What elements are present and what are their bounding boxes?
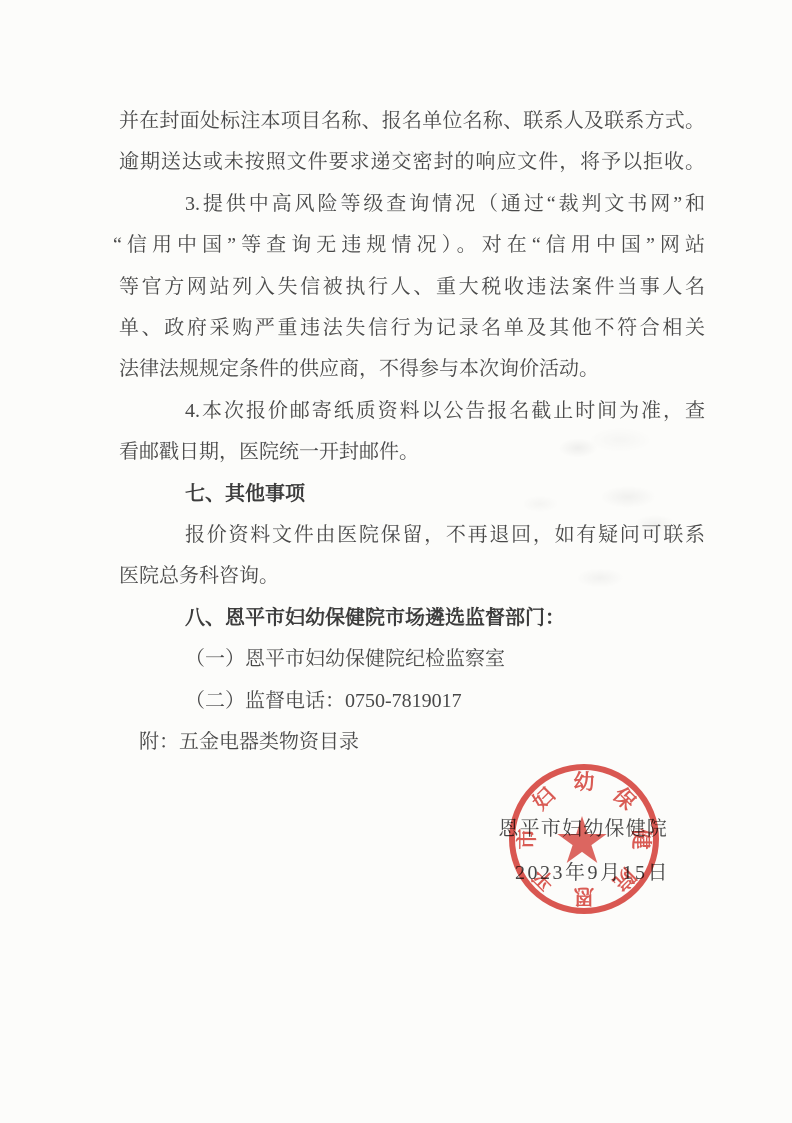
document-line: 等官方网站列入失信被执行人、重大税收违法案件当事人名 — [119, 267, 705, 308]
document-line: 法律法规规定条件的供应商，不得参与本次询价活动。 — [119, 349, 705, 390]
document-line: （二）监督电话：0750-7819017 — [119, 681, 705, 722]
section-heading: 七、其他事项 — [119, 474, 705, 515]
seal-char: 幼 — [574, 770, 595, 794]
document-line: 看邮戳日期，医院统一开封邮件。 — [119, 432, 705, 473]
document-line: 报价资料文件由医院保留，不再退回，如有疑问可联系 — [119, 515, 705, 556]
seal-char: 市 — [515, 829, 539, 850]
document-line: 并在封面处标注本项目名称、报名单位名称、联系人及联系方式。 — [119, 101, 705, 142]
document-line: “信用中国”等查询无违规情况）。对在“信用中国”网站 — [119, 225, 705, 266]
document-line: 3.提供中高风险等级查询情况（通过“裁判文书网”和 — [119, 184, 705, 225]
document-line: 医院总务科咨询。 — [119, 556, 705, 597]
document-line: 4.本次报价邮寄纸质资料以公告报名截止时间为准，查 — [119, 391, 705, 432]
document-line: 单、政府采购严重违法失信行为记录名单及其他不符合相关 — [119, 308, 705, 349]
seal-char: 健 — [629, 828, 653, 850]
section-heading: 八、恩平市妇幼保健院市场遴选监督部门： — [119, 598, 705, 639]
official-seal: 恩 平 市 妇 幼 保 健 院 — [484, 738, 684, 938]
seal-char: 恩 — [573, 884, 595, 908]
document-page: 并在封面处标注本项目名称、报名单位名称、联系人及联系方式。 逾期送达或未按照文件… — [0, 0, 792, 1123]
document-body: 并在封面处标注本项目名称、报名单位名称、联系人及联系方式。 逾期送达或未按照文件… — [119, 101, 705, 764]
document-line: （一）恩平市妇幼保健院纪检监察室 — [119, 639, 705, 680]
star-icon — [557, 816, 606, 863]
document-line: 逾期送达或未按照文件要求递交密封的响应文件，将予以拒收。 — [119, 142, 705, 183]
